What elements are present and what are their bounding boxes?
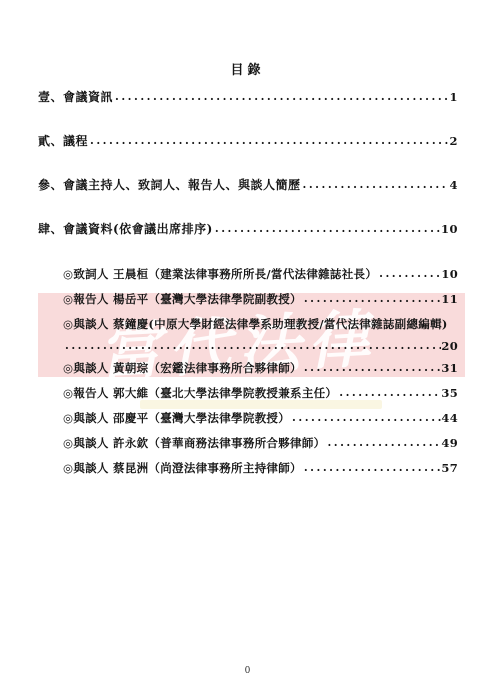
dot-leader: ........................................… <box>302 461 442 475</box>
toc-entry-row: ◎報告人 楊岳平（臺灣大學法律學院副教授） ..................… <box>38 292 458 306</box>
page-ref: 20 <box>441 339 458 353</box>
page-ref: 35 <box>441 386 458 400</box>
page-ref: 49 <box>441 436 458 450</box>
page-ref: 44 <box>441 411 458 425</box>
page-ref: 31 <box>441 361 458 375</box>
dot-leader: ........................................… <box>213 222 441 236</box>
dot-leader: ........................................… <box>113 90 449 104</box>
toc-entry-row: ◎致詞人 王晨桓（建業法律事務所所長/當代法律雜誌社長） ...........… <box>38 267 458 281</box>
toc-section-row: 壹、會議資訊 .................................… <box>38 90 458 104</box>
page-ref: 11 <box>441 292 458 306</box>
page-title: 目錄 <box>0 59 495 78</box>
dot-leader: ........................................… <box>377 267 441 281</box>
toc-page: 目錄 當代法律 壹、會議資訊 .........................… <box>0 0 495 700</box>
toc-entry-row: ◎報告人 郭大維（臺北大學法律學院教授兼系主任） ...............… <box>38 386 458 400</box>
section-label: 貳、議程 <box>38 134 88 148</box>
entry-label: ◎與談人 黃朝琮（宏鑑法律事務所合夥律師） <box>63 361 302 375</box>
entry-label: ◎與談人 蔡昆洲（尚澄法律事務所主持律師） <box>63 461 302 475</box>
toc-entry-row: ◎與談人 黃朝琮（宏鑑法律事務所合夥律師） ..................… <box>38 361 458 375</box>
toc-section-row: 貳、議程 ...................................… <box>38 134 458 148</box>
section-label: 肆、會議資料(依會議出席排序) <box>38 222 213 236</box>
toc-entry-row-wrapped-line2: ........................................… <box>38 339 458 353</box>
dot-leader: ........................................… <box>290 411 441 425</box>
dot-leader: ........................................… <box>325 436 441 450</box>
page-ref: 2 <box>449 134 458 148</box>
dot-leader: ........................................… <box>88 134 449 148</box>
page-ref: 1 <box>449 90 458 104</box>
entry-label: ◎與談人 邵慶平（臺灣大學法律學院教授） <box>63 411 290 425</box>
entry-label: ◎與談人 許永欽（普華商務法律事務所合夥律師） <box>63 436 325 450</box>
entry-label: ◎報告人 楊岳平（臺灣大學法律學院副教授） <box>63 292 302 306</box>
entry-label: ◎報告人 郭大維（臺北大學法律學院教授兼系主任） <box>63 386 337 400</box>
page-ref: 4 <box>449 178 458 192</box>
entry-label: ◎與談人 蔡鐘慶(中原大學財經法律學系助理教授/當代法律雜誌副總編輯) <box>63 317 448 331</box>
toc-section-row: 肆、會議資料(依會議出席排序) ........................… <box>38 222 458 236</box>
dot-leader: ........................................… <box>337 386 441 400</box>
toc-section-row: 參、會議主持人、致詞人、報告人、與談人簡歷 ..................… <box>38 178 458 192</box>
toc-entry-row: ◎與談人 蔡昆洲（尚澄法律事務所主持律師） ..................… <box>38 461 458 475</box>
toc-entries: ◎致詞人 王晨桓（建業法律事務所所長/當代法律雜誌社長） ...........… <box>38 267 458 486</box>
dot-leader: ........................................… <box>63 339 441 353</box>
dot-leader: ........................................… <box>302 292 442 306</box>
section-label: 壹、會議資訊 <box>38 90 113 104</box>
section-label: 參、會議主持人、致詞人、報告人、與談人簡歷 <box>38 178 301 192</box>
dot-leader: ........................................… <box>302 361 442 375</box>
toc-entry-row-wrapped-line1: ◎與談人 蔡鐘慶(中原大學財經法律學系助理教授/當代法律雜誌副總編輯) <box>38 317 458 331</box>
toc-entry-row: ◎與談人 邵慶平（臺灣大學法律學院教授） ...................… <box>38 411 458 425</box>
toc-sections: 壹、會議資訊 .................................… <box>38 90 458 266</box>
entry-label: ◎致詞人 王晨桓（建業法律事務所所長/當代法律雜誌社長） <box>63 267 377 281</box>
page-ref: 10 <box>441 267 458 281</box>
dot-leader: ........................................… <box>301 178 450 192</box>
page-number: 0 <box>0 666 495 676</box>
page-ref: 10 <box>441 222 458 236</box>
page-ref: 57 <box>441 461 458 475</box>
toc-entry-row: ◎與談人 許永欽（普華商務法律事務所合夥律師） ................… <box>38 436 458 450</box>
